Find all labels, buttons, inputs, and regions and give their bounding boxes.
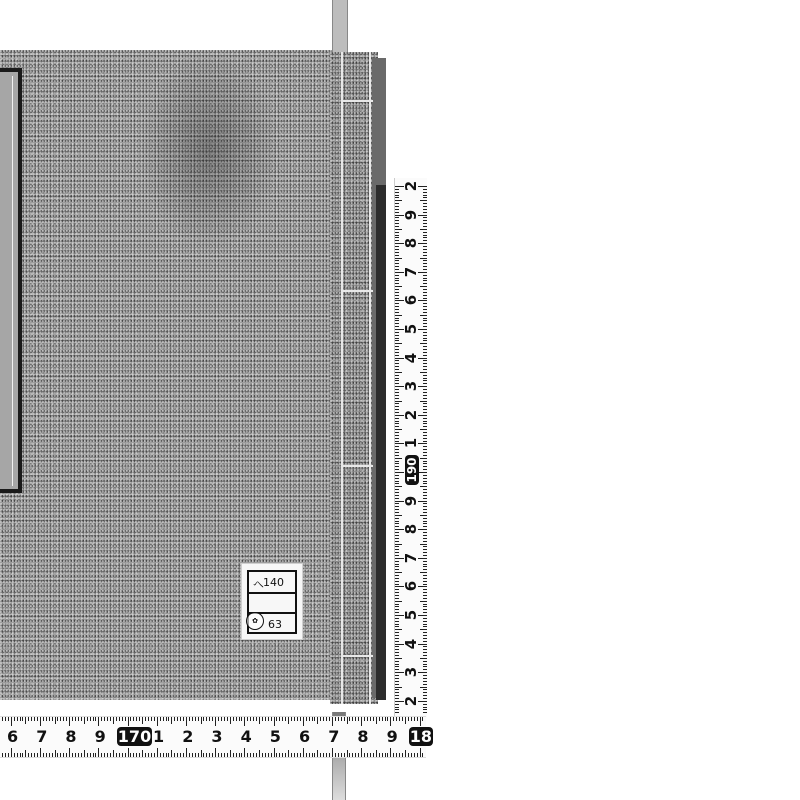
ruler-tick <box>423 518 427 519</box>
ruler-tick <box>423 483 427 484</box>
ruler-tick <box>420 343 427 344</box>
ruler-tick <box>166 753 167 757</box>
vertical-ruler: 298765432119098765432 <box>394 178 427 718</box>
ruler-tick <box>395 295 399 296</box>
ruler-tick <box>423 495 427 496</box>
ruler-tick <box>423 340 427 341</box>
ruler-tick <box>395 421 399 422</box>
ruler-tick <box>22 717 23 721</box>
ruler-tick <box>395 523 399 524</box>
ruler-tick <box>423 581 427 582</box>
ruler-tick <box>423 355 427 356</box>
ruler-tick <box>387 717 388 721</box>
ruler-tick <box>423 692 427 693</box>
ruler-tick <box>395 441 399 442</box>
ruler-tick <box>423 423 427 424</box>
ruler-tick <box>423 698 427 699</box>
ruler-tick <box>145 717 146 721</box>
ruler-tick <box>31 753 32 757</box>
ruler-tick <box>395 569 399 570</box>
ruler-tick <box>420 658 427 659</box>
ruler-tick <box>230 717 231 724</box>
ruler-tick <box>395 352 399 353</box>
ruler-tick <box>422 753 423 757</box>
ruler-tick <box>63 753 64 757</box>
ruler-tick <box>37 717 38 721</box>
ruler-tick <box>423 709 427 710</box>
ruler-tick <box>206 753 207 757</box>
ruler-tick <box>49 717 50 721</box>
ruler-tick <box>239 753 240 757</box>
ruler-tick <box>395 298 399 299</box>
ruler-tick <box>395 515 402 516</box>
ruler-tick <box>294 753 295 757</box>
ruler-tick <box>63 717 64 721</box>
ruler-tick <box>174 717 175 721</box>
ruler-tick <box>116 753 117 757</box>
ruler-tick <box>395 584 399 585</box>
ruler-tick <box>192 717 193 721</box>
ruler-tick <box>395 638 399 639</box>
ruler-tick <box>148 753 149 757</box>
ruler-tick <box>157 717 158 726</box>
ruler-tick <box>423 521 427 522</box>
ruler-tick <box>423 452 427 453</box>
ruler-tick <box>218 717 219 721</box>
ruler-tick <box>142 717 143 724</box>
ruler-tick <box>395 592 399 593</box>
ruler-tick <box>395 226 399 227</box>
ruler-tick <box>423 192 427 193</box>
ruler-tick <box>66 717 67 721</box>
ruler-tick <box>423 406 427 407</box>
ruler-tick <box>423 346 427 347</box>
ruler-tick <box>332 717 333 726</box>
ruler-tick <box>423 252 427 253</box>
ruler-tick <box>177 717 178 721</box>
ruler-tick <box>395 675 399 676</box>
ruler-tick <box>395 632 399 633</box>
library-seal-icon: ✿ <box>246 612 264 630</box>
ruler-label: 4 <box>241 727 252 746</box>
ruler-tick <box>110 753 111 757</box>
ruler-tick <box>52 717 53 721</box>
ruler-tick <box>395 546 399 547</box>
ruler-tick <box>367 753 368 757</box>
ruler-tick <box>274 748 275 757</box>
ruler-tick <box>395 564 399 565</box>
ruler-tick <box>271 753 272 757</box>
ruler-tick <box>344 717 345 721</box>
ruler-tick <box>423 684 427 685</box>
ruler-tick <box>414 717 415 721</box>
ruler-tick <box>423 312 427 313</box>
ruler-tick <box>423 303 427 304</box>
ruler-tick <box>423 260 427 261</box>
ruler-tick <box>423 349 427 350</box>
ruler-tick <box>423 426 427 427</box>
ruler-tick <box>151 753 152 757</box>
ruler-tick <box>395 389 399 390</box>
ruler-tick <box>364 753 365 757</box>
ruler-tick <box>423 275 427 276</box>
ruler-label: 3 <box>402 662 420 682</box>
ruler-tick <box>224 717 225 721</box>
ruler-tick <box>420 286 427 287</box>
ruler-tick <box>395 346 399 347</box>
ruler-tick <box>395 406 399 407</box>
ruler-tick <box>253 717 254 721</box>
ruler-tick <box>395 220 399 221</box>
ruler-tick <box>81 753 82 757</box>
ruler-tick <box>20 753 21 757</box>
ruler-tick <box>395 378 399 379</box>
ruler-tick <box>320 753 321 757</box>
ruler-label: 9 <box>402 205 420 225</box>
ruler-tick <box>352 717 353 721</box>
ruler-label: 9 <box>95 727 106 746</box>
ruler-tick <box>81 717 82 721</box>
ruler-tick <box>395 258 402 259</box>
ruler-tick <box>395 435 399 436</box>
ruler-tick <box>145 753 146 757</box>
ruler-tick <box>395 646 399 647</box>
ruler-tick <box>209 717 210 721</box>
ruler-tick <box>395 641 399 642</box>
ruler-label: 8 <box>402 519 420 539</box>
ruler-tick <box>395 401 402 402</box>
ruler-tick <box>423 564 427 565</box>
ruler-tick <box>236 717 237 721</box>
ruler-tick <box>395 618 399 619</box>
ruler-tick <box>244 717 245 726</box>
ruler-tick <box>423 212 427 213</box>
ruler-tick <box>420 486 427 487</box>
ruler-tick <box>423 449 427 450</box>
ruler-tick <box>186 748 187 757</box>
ruler-tick <box>423 621 427 622</box>
ruler-tick <box>423 469 427 470</box>
ruler-tick <box>395 535 399 536</box>
ruler-tick <box>423 309 427 310</box>
ruler-tick <box>395 678 399 679</box>
ruler-tick <box>28 753 29 757</box>
ruler-tick <box>361 748 362 757</box>
ruler-tick <box>55 750 56 757</box>
ruler-tick <box>183 753 184 757</box>
ruler-tick <box>209 753 210 757</box>
ruler-tick <box>420 544 427 545</box>
ruler-tick <box>335 717 336 721</box>
ruler-tick <box>212 753 213 757</box>
ruler-tick <box>107 753 108 757</box>
ruler-label: 5 <box>270 727 281 746</box>
ruler-tick <box>317 717 318 724</box>
ruler-tick <box>285 717 286 721</box>
ruler-label: 1 <box>402 433 420 453</box>
ruler-tick <box>422 717 423 721</box>
ruler-tick <box>276 753 277 757</box>
ruler-tick <box>385 753 386 757</box>
ruler-tick <box>420 315 427 316</box>
ruler-tick <box>119 717 120 721</box>
ruler-tick <box>420 372 427 373</box>
ruler-tick <box>300 717 301 721</box>
ruler-tick <box>423 506 427 507</box>
ruler-tick <box>349 753 350 757</box>
ruler-tick <box>423 369 427 370</box>
ruler-tick <box>395 340 399 341</box>
ruler-tick <box>395 461 399 462</box>
ruler-tick <box>395 266 399 267</box>
ruler-tick <box>268 753 269 757</box>
ruler-tick <box>395 575 399 576</box>
ruler-tick <box>201 717 202 724</box>
ruler-tick <box>87 753 88 757</box>
ruler-tick <box>423 475 427 476</box>
ruler-tick <box>423 421 427 422</box>
ruler-tick <box>411 753 412 757</box>
ruler-tick <box>395 452 399 453</box>
cover-stain <box>140 50 280 250</box>
ruler-tick <box>408 717 409 721</box>
ruler-tick <box>84 717 85 724</box>
ruler-tick <box>395 506 399 507</box>
ruler-tick <box>291 753 292 757</box>
ruler-tick <box>323 753 324 757</box>
ruler-tick <box>279 717 280 721</box>
ruler-tick <box>423 604 427 605</box>
ruler-tick <box>423 463 427 464</box>
ruler-tick <box>423 592 427 593</box>
ruler-tick <box>98 717 99 726</box>
ruler-tick <box>420 629 427 630</box>
ruler-tick <box>395 212 399 213</box>
ruler-tick <box>423 624 427 625</box>
ruler-tick <box>189 753 190 757</box>
ruler-tick <box>192 753 193 757</box>
ruler-tick <box>215 717 216 726</box>
ruler-tick <box>262 753 263 757</box>
ruler-tick <box>332 748 333 757</box>
ruler-tick <box>395 469 399 470</box>
ruler-tick <box>268 717 269 721</box>
ruler-tick <box>90 717 91 721</box>
ruler-tick <box>423 561 427 562</box>
ruler-tick <box>312 717 313 721</box>
ruler-tick <box>52 753 53 757</box>
ruler-tick <box>221 717 222 721</box>
ruler-tick <box>395 566 399 567</box>
ruler-tick <box>125 717 126 721</box>
ruler-tick <box>291 717 292 721</box>
ruler-tick <box>11 717 12 726</box>
ruler-tick <box>423 626 427 627</box>
ruler-tick <box>423 498 427 499</box>
ruler-tick <box>395 343 402 344</box>
ruler-tick <box>395 612 399 613</box>
ruler-tick <box>130 753 131 757</box>
ruler-tick <box>395 392 399 393</box>
ruler-tick <box>423 446 427 447</box>
ruler-tick <box>276 717 277 721</box>
ruler-tick <box>423 298 427 299</box>
ruler-tick <box>423 461 427 462</box>
ruler-label: 9 <box>387 727 398 746</box>
ruler-tick <box>393 753 394 757</box>
ruler-tick <box>136 717 137 721</box>
ruler-tick <box>395 269 399 270</box>
ruler-tick <box>285 753 286 757</box>
ruler-tick <box>395 412 399 413</box>
ruler-tick <box>423 226 427 227</box>
ruler-tick <box>14 717 15 721</box>
ruler-label: 4 <box>402 634 420 654</box>
ruler-label: 3 <box>402 376 420 396</box>
ruler-tick <box>250 717 251 721</box>
ruler-tick <box>133 717 134 721</box>
ruler-tick <box>423 289 427 290</box>
ruler-label: 190 <box>405 455 419 485</box>
ruler-tick <box>227 753 228 757</box>
ruler-tick <box>423 398 427 399</box>
ruler-tick <box>5 753 6 757</box>
ruler-tick <box>113 750 114 757</box>
ruler-tick <box>423 352 427 353</box>
ruler-tick <box>395 369 399 370</box>
ruler-tick <box>395 360 399 361</box>
ruler-tick <box>78 753 79 757</box>
ruler-tick <box>376 717 377 724</box>
ruler-tick <box>163 717 164 721</box>
ruler-tick <box>128 748 129 757</box>
ruler-tick <box>395 458 402 459</box>
ruler-tick <box>423 438 427 439</box>
ruler-tick <box>395 481 399 482</box>
ruler-tick <box>423 661 427 662</box>
ruler-tick <box>122 753 123 757</box>
ruler-tick <box>423 197 427 198</box>
ruler-tick <box>119 753 120 757</box>
ruler-tick <box>395 449 399 450</box>
ruler-tick <box>420 458 427 459</box>
ruler-label: 3 <box>211 727 222 746</box>
ruler-tick <box>395 192 399 193</box>
ruler-tick <box>349 717 350 721</box>
ruler-tick <box>395 429 402 430</box>
ruler-label: 7 <box>402 262 420 282</box>
ruler-tick <box>395 292 399 293</box>
ruler-tick <box>49 753 50 757</box>
ruler-tick <box>75 717 76 721</box>
ruler-tick <box>395 312 399 313</box>
ruler-tick <box>189 717 190 721</box>
ruler-tick <box>395 286 402 287</box>
ruler-tick <box>395 684 399 685</box>
ruler-tick <box>142 750 143 757</box>
ruler-tick <box>395 532 399 533</box>
ruler-tick <box>395 403 399 404</box>
ruler-tick <box>69 748 70 757</box>
ruler-tick <box>395 664 399 665</box>
ruler-tick <box>274 717 275 726</box>
ruler-tick <box>423 509 427 510</box>
ruler-tick <box>352 753 353 757</box>
ruler-tick <box>34 753 35 757</box>
ruler-tick <box>395 538 399 539</box>
ruler-tick <box>312 753 313 757</box>
ruler-tick <box>60 717 61 721</box>
ruler-tick <box>317 750 318 757</box>
ruler-tick <box>399 717 400 721</box>
ruler-label: 9 <box>402 491 420 511</box>
ruler-tick <box>423 283 427 284</box>
ruler-tick <box>395 306 399 307</box>
ruler-tick <box>239 717 240 721</box>
ruler-tick <box>297 753 298 757</box>
ruler-tick <box>395 246 399 247</box>
ruler-tick <box>206 717 207 721</box>
ruler-tick <box>180 717 181 721</box>
ruler-label: 8 <box>402 233 420 253</box>
binding-line <box>369 52 371 704</box>
ruler-tick <box>395 521 399 522</box>
ruler-tick <box>370 753 371 757</box>
ruler-tick <box>423 678 427 679</box>
ruler-tick <box>423 606 427 607</box>
ruler-tick <box>395 698 399 699</box>
ruler-label: 8 <box>357 727 368 746</box>
ruler-tick <box>265 753 266 757</box>
ruler-tick <box>395 709 399 710</box>
ruler-label: 4 <box>402 348 420 368</box>
ruler-tick <box>395 455 399 456</box>
ruler-tick <box>46 753 47 757</box>
ruler-tick <box>90 753 91 757</box>
ruler-tick <box>423 523 427 524</box>
ruler-tick <box>423 418 427 419</box>
ruler-tick <box>395 598 399 599</box>
ruler-tick <box>423 638 427 639</box>
ruler-tick <box>379 717 380 721</box>
ruler-tick <box>168 717 169 721</box>
ruler-tick <box>420 717 421 726</box>
ruler-tick <box>395 466 399 467</box>
ruler-tick <box>395 666 399 667</box>
ruler-tick <box>423 712 427 713</box>
ruler-tick <box>395 398 399 399</box>
ruler-tick <box>423 318 427 319</box>
ruler-tick <box>160 717 161 721</box>
ruler-tick <box>40 748 41 757</box>
ruler-tick <box>423 478 427 479</box>
ruler-tick <box>395 326 399 327</box>
ruler-tick <box>395 552 399 553</box>
ruler-tick <box>385 717 386 721</box>
ruler-tick <box>423 389 427 390</box>
ruler-tick <box>395 635 399 636</box>
ruler-tick <box>148 717 149 721</box>
ruler-tick <box>241 717 242 721</box>
ruler-tick <box>288 750 289 757</box>
ruler-tick <box>395 704 399 705</box>
ruler-tick <box>130 717 131 721</box>
ruler-tick <box>177 753 178 757</box>
ruler-tick <box>180 753 181 757</box>
back-board <box>376 185 386 700</box>
ruler-tick <box>395 235 399 236</box>
ruler-tick <box>395 589 399 590</box>
